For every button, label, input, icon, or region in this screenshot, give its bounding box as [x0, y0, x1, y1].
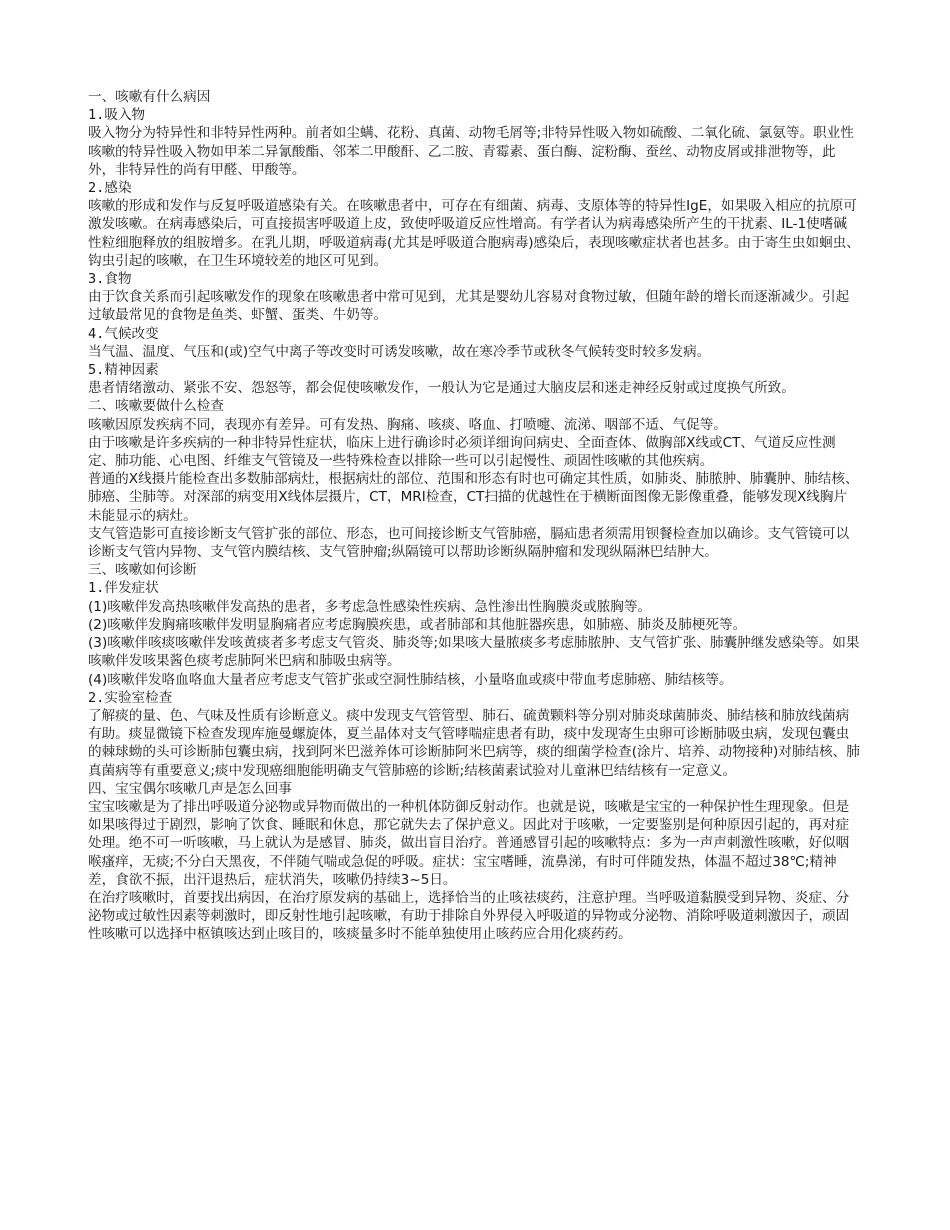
paragraph-chest-pain: (2)咳嗽伴发胸痛咳嗽伴发明显胸痛者应考虑胸膜疾患，或者肺部和其他脏器疾患，如肺…: [88, 616, 860, 634]
paragraph-baby-cough: 宝宝咳嗽是为了排出呼吸道分泌物或异物而做出的一种机体防御反射动作。也就是说，咳嗽…: [88, 798, 860, 889]
subtitle-accompanying-symptoms: 1.伴发症状: [88, 579, 860, 597]
paragraph-inhalants: 吸入物分为特异性和非特异性两种。前者如尘螨、花粉、真菌、动物毛屑等;非特异性吸入…: [88, 124, 860, 179]
subtitle-infection: 2.感染: [88, 179, 860, 197]
paragraph-lab-tests: 了解痰的量、色、气味及性质有诊断意义。痰中发现支气管管型、肺石、硫黄颗料等分别对…: [88, 707, 860, 780]
subtitle-inhalants: 1.吸入物: [88, 106, 860, 124]
paragraph-hemoptysis: (4)咳嗽伴发咯血咯血大量者应考虑支气管扩张或空洞性肺结核，小量咯血或痰中带血考…: [88, 671, 860, 689]
section-title-exams: 二、咳嗽要做什么检查: [88, 397, 860, 415]
paragraph-symptoms: 咳嗽因原发疾病不同，表现亦有差异。可有发热、胸痛、咳痰、咯血、打喷嚏、流涕、咽部…: [88, 416, 860, 434]
paragraph-xray: 普通的X线摄片能检查出多数肺部病灶，根据病灶的部位、范围和形态有时也可确定其性质…: [88, 470, 860, 525]
paragraph-infection: 咳嗽的形成和发作与反复呼吸道感染有关。在咳嗽患者中，可存在有细菌、病毒、支原体等…: [88, 197, 860, 270]
section-title-diagnosis: 三、咳嗽如何诊断: [88, 561, 860, 579]
document-page: 一、咳嗽有什么病因 1.吸入物 吸入物分为特异性和非特异性两种。前者如尘螨、花粉…: [88, 88, 860, 944]
section-title-causes: 一、咳嗽有什么病因: [88, 88, 860, 106]
paragraph-sputum: (3)咳嗽伴咳痰咳嗽伴发咳黄痰者多考虑支气管炎、肺炎等;如果咳大量脓痰多考虑肺脓…: [88, 634, 860, 670]
subtitle-climate: 4.气候改变: [88, 325, 860, 343]
paragraph-treatment: 在治疗咳嗽时，首要找出病因，在治疗原发病的基础上，选择恰当的止咳祛痰药，注意护理…: [88, 889, 860, 944]
subtitle-food: 3.食物: [88, 270, 860, 288]
paragraph-diagnosis-methods: 由于咳嗽是许多疾病的一种非特异性症状，临床上进行确诊时必须详细询问病史、全面查体…: [88, 434, 860, 470]
subtitle-lab-tests: 2.实验室检查: [88, 689, 860, 707]
subtitle-mental: 5.精神因素: [88, 361, 860, 379]
section-title-baby-cough: 四、宝宝偶尔咳嗽几声是怎么回事: [88, 780, 860, 798]
paragraph-mental: 患者情绪激动、紧张不安、怨怒等，都会促使咳嗽发作，一般认为它是通过大脑皮层和迷走…: [88, 379, 860, 397]
paragraph-food: 由于饮食关系而引起咳嗽发作的现象在咳嗽患者中常可见到，尤其是婴幼儿容易对食物过敏…: [88, 288, 860, 324]
paragraph-climate: 当气温、温度、气压和(或)空气中离子等改变时可诱发咳嗽，故在寒冷季节或秋冬气候转…: [88, 343, 860, 361]
paragraph-fever: (1)咳嗽伴发高热咳嗽伴发高热的患者，多考虑急性感染性疾病、急性渗出性胸膜炎或脓…: [88, 598, 860, 616]
paragraph-bronchography: 支气管造影可直接诊断支气管扩张的部位、形态，也可间接诊断支气管肺癌，膈疝患者须需…: [88, 525, 860, 561]
